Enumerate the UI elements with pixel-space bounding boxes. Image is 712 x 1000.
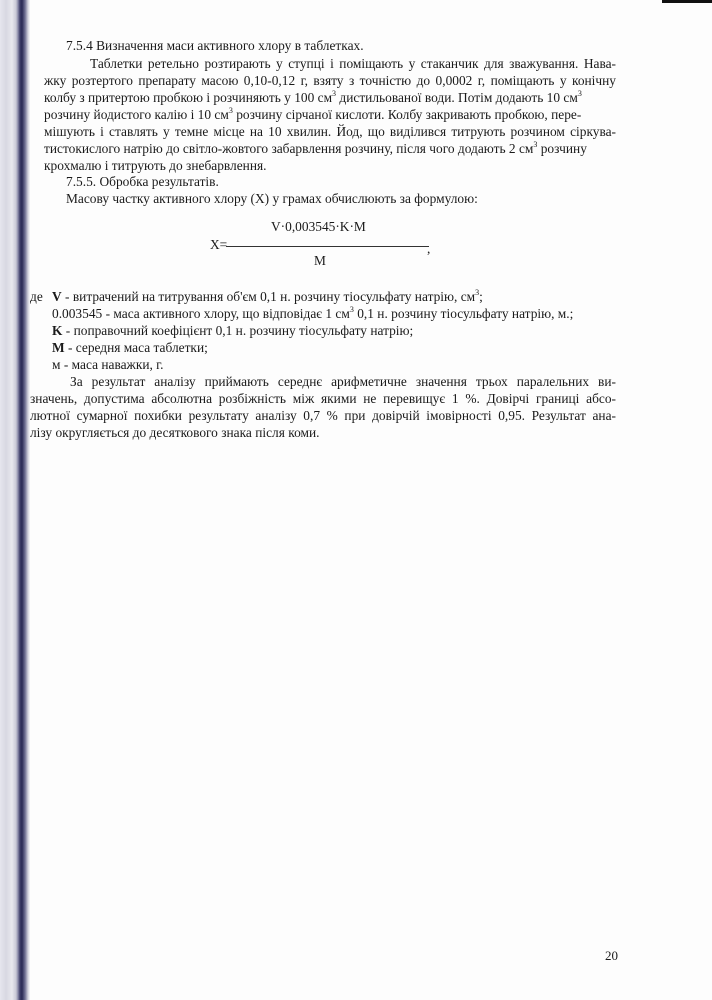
formula-numerator: V·0,003545·K·M xyxy=(271,219,366,235)
legend-symbol: V xyxy=(52,289,62,304)
scan-binding-shadow xyxy=(0,0,30,1000)
scan-corner-mark xyxy=(662,0,712,3)
conclusion-line: значень, допустима абсолютна розбіжність… xyxy=(30,391,616,407)
text-span: колбу з притертою пробкою і розчиняють у… xyxy=(44,90,582,106)
section-heading-755: 7.5.5. Обробка результатів. xyxy=(66,174,219,190)
text-span: розчину xyxy=(537,141,587,156)
legend-text: - маса наважки, г. xyxy=(60,357,163,372)
text-span: розчину сірчаної кислоти. Колбу закриваю… xyxy=(233,107,581,122)
legend-text: - маса активного хлору, що відповідає 1 … xyxy=(102,306,350,321)
text-span: розчину йодистого калію і 10 см xyxy=(44,107,229,122)
legend-item-v: V - витрачений на титрування об'єм 0,1 н… xyxy=(52,289,483,305)
legend-item-m: M - середня маса таблетки; xyxy=(52,340,208,356)
page-number: 20 xyxy=(605,948,618,964)
legend-where: де xyxy=(30,289,43,305)
text-span: дистильованої води. Потім додають 10 см xyxy=(336,90,578,105)
formula-denominator: M xyxy=(314,253,326,269)
paragraph-line: тистокислого натрію до світло-жовтого за… xyxy=(44,141,587,157)
section-heading-754: 7.5.4 Визначення маси активного хлору в … xyxy=(66,38,364,54)
superscript: 3 xyxy=(578,89,582,98)
conclusion-line: За результат аналізу приймають середнє а… xyxy=(70,374,616,390)
legend-text: 0,1 н. розчину тіосульфату натрію, м.; xyxy=(354,306,574,321)
conclusion-line: лізу округляється до десяткового знака п… xyxy=(30,425,320,441)
legend-text: ; xyxy=(479,289,483,304)
legend-text: - поправочний коефіцієнт 0,1 н. розчину … xyxy=(62,323,413,338)
legend-item-constant: 0.003545 - маса активного хлору, що відп… xyxy=(52,306,573,322)
formula-intro: Масову частку активного хлору (X) у грам… xyxy=(66,191,478,207)
formula-trailing: , xyxy=(427,241,430,257)
legend-item-m-small: м - маса наважки, г. xyxy=(52,357,164,373)
legend-symbol: M xyxy=(52,340,65,355)
paragraph-line: колбу з притертою пробкою і розчиняють у… xyxy=(44,90,616,106)
conclusion-line: лютної сумарної похибки результату аналі… xyxy=(30,408,616,424)
fraction-bar xyxy=(226,246,429,247)
paragraph-line: Таблетки ретельно розтирають у ступці і … xyxy=(90,56,616,72)
paragraph-line: мішують і ставлять у темне місце на 10 х… xyxy=(44,124,616,140)
legend-text: - середня маса таблетки; xyxy=(65,340,208,355)
legend-item-k: K - поправочний коефіцієнт 0,1 н. розчин… xyxy=(52,323,413,339)
paragraph-line: жку розтертого препарату масою 0,10-0,12… xyxy=(44,73,616,89)
paragraph-line: розчину йодистого калію і 10 см3 розчину… xyxy=(44,107,581,123)
legend-symbol: K xyxy=(52,323,62,338)
text-span: колбу з притертою пробкою і розчиняють у… xyxy=(44,90,332,105)
paragraph-line: крохмалю і титрують до знебарвлення. xyxy=(44,158,267,174)
legend-text: - витрачений на титрування об'єм 0,1 н. … xyxy=(62,289,475,304)
formula-lhs: X= xyxy=(210,237,227,253)
text-span: тистокислого натрію до світло-жовтого за… xyxy=(44,141,533,156)
legend-symbol: 0.003545 xyxy=(52,306,102,321)
